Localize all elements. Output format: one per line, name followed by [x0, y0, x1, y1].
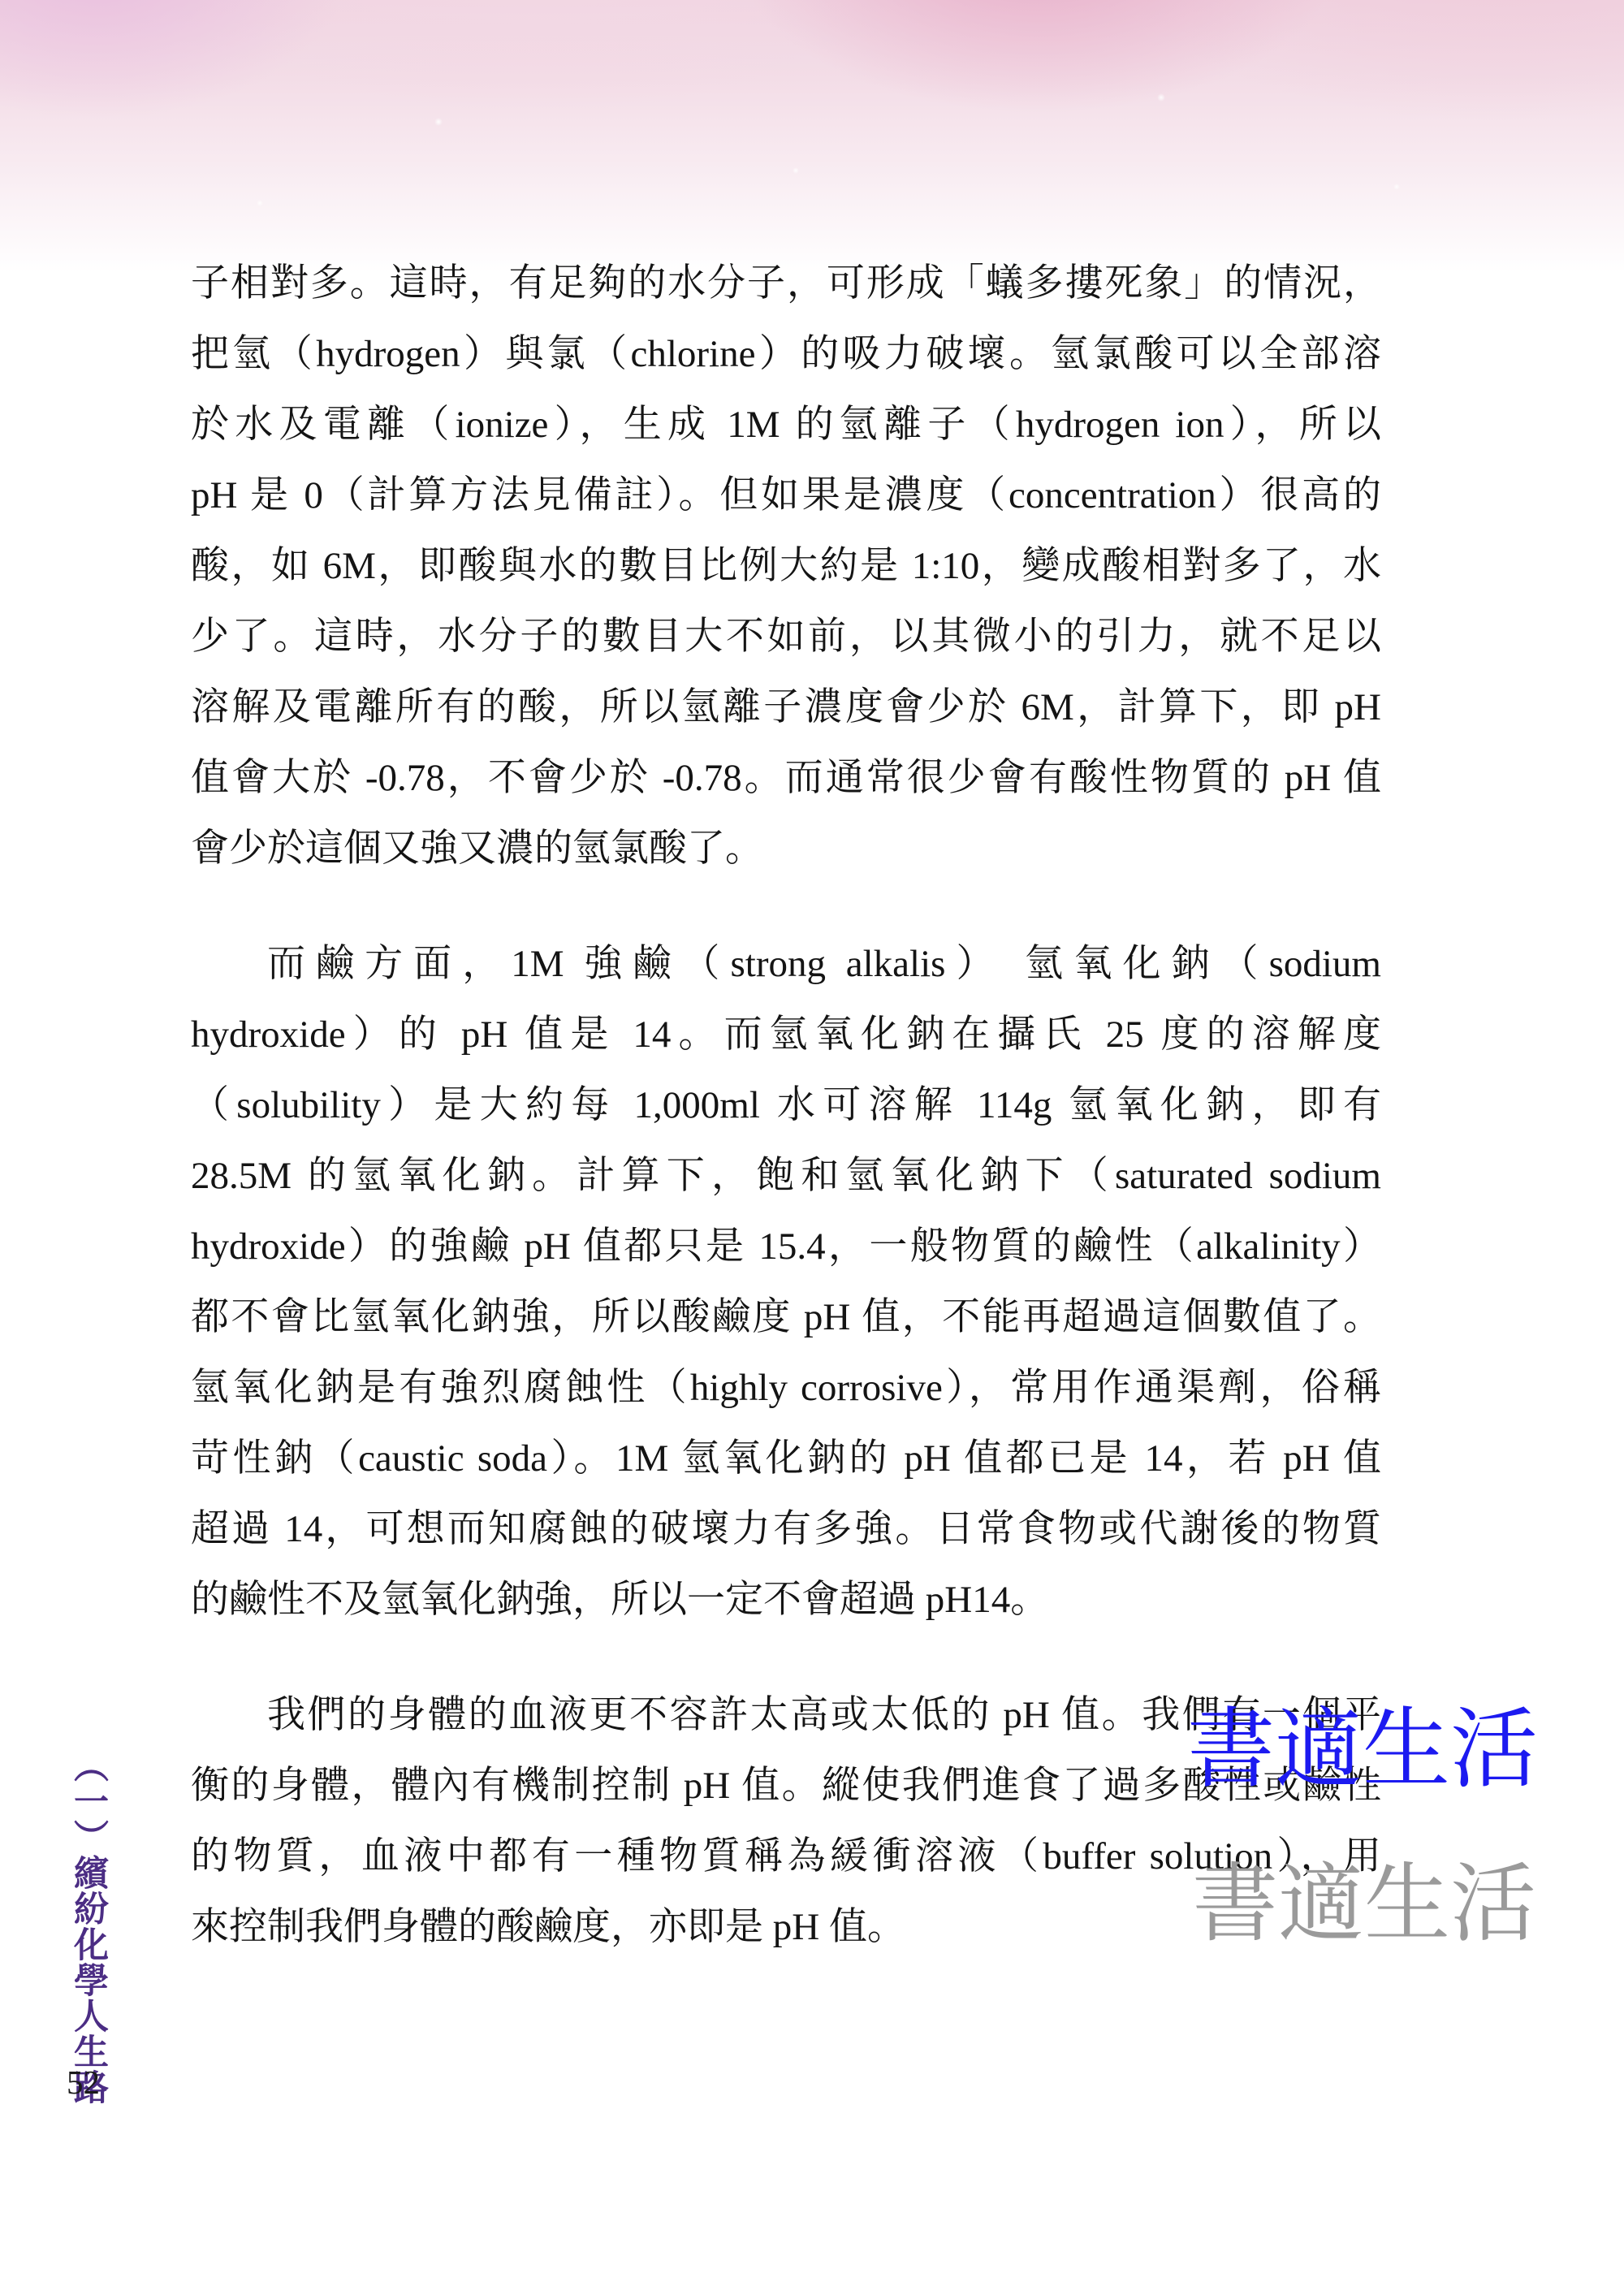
text-line: （solubility）是大約每 1,000ml 水可溶解 114g 氫氧化鈉，… [191, 1070, 1381, 1141]
watermark-gray: 書適生活 [1192, 1862, 1536, 1948]
text-line: 的鹼性不及氫氧化鈉強，所以一定不會超過 pH14。 [191, 1565, 1381, 1636]
paragraph-acid-ph: 子相對多。這時，有足夠的水分子，可形成「蟻多摟死象」的情況， 把氫（hydrog… [191, 248, 1381, 884]
text-line: 28.5M 的氫氧化鈉。計算下，飽和氫氧化鈉下（saturated sodium [191, 1141, 1381, 1212]
watermark-blue: 書適生活 [1187, 1707, 1538, 1795]
text-line: 都不會比氫氧化鈉強，所以酸鹼度 pH 值，不能再超過這個數值了。 [191, 1282, 1381, 1353]
text-line: 溶解及電離所有的酸，所以氫離子濃度會少於 6M，計算下，即 pH [191, 672, 1381, 743]
text-line: 會少於這個又強又濃的氫氯酸了。 [191, 814, 1381, 884]
page-number: 52 [67, 2064, 100, 2101]
text-line: hydroxide）的 pH 值是 14。而氫氧化鈉在攝氏 25 度的溶解度 [191, 1000, 1381, 1070]
text-line: hydroxide）的強鹼 pH 值都只是 15.4，一般物質的鹼性（alkal… [191, 1212, 1381, 1282]
text-line: 把氫（hydrogen）與氯（chlorine）的吸力破壞。氫氯酸可以全部溶 [191, 319, 1381, 390]
text-line: 苛性鈉（caustic soda）。1M 氫氧化鈉的 pH 值都已是 14，若 … [191, 1424, 1381, 1494]
text-line: 超過 14，可想而知腐蝕的破壞力有多強。日常食物或代謝後的物質 [191, 1494, 1381, 1565]
text-line: 少了。這時，水分子的數目大不如前，以其微小的引力，就不足以 [191, 602, 1381, 672]
text-line: 酸，如 6M，即酸與水的數目比例大約是 1:10，變成酸相對多了，水 [191, 531, 1381, 602]
text-line: 氫氧化鈉是有強烈腐蝕性（highly corrosive），常用作通渠劑，俗稱 [191, 1353, 1381, 1424]
text-line: 子相對多。這時，有足夠的水分子，可形成「蟻多摟死象」的情況， [191, 248, 1381, 319]
text-line: 值會大於 -0.78，不會少於 -0.78。而通常很少會有酸性物質的 pH 值 [191, 743, 1381, 814]
paragraph-alkali-ph: 而鹼方面，1M 強鹼（strong alkalis） 氫氧化鈉（sodium h… [191, 929, 1381, 1636]
text-line: 而鹼方面，1M 強鹼（strong alkalis） 氫氧化鈉（sodium [191, 929, 1381, 1000]
decorative-header-gradient [0, 0, 1624, 284]
text-line: 於水及電離（ionize），生成 1M 的氫離子（hydrogen ion），所… [191, 390, 1381, 460]
book-page: 子相對多。這時，有足夠的水分子，可形成「蟻多摟死象」的情況， 把氫（hydrog… [0, 0, 1624, 2273]
chapter-side-caption: （一）繽紛化學人生路 [68, 1748, 109, 2105]
text-line: pH 是 0（計算方法見備註）。但如果是濃度（concentration）很高的 [191, 460, 1381, 531]
